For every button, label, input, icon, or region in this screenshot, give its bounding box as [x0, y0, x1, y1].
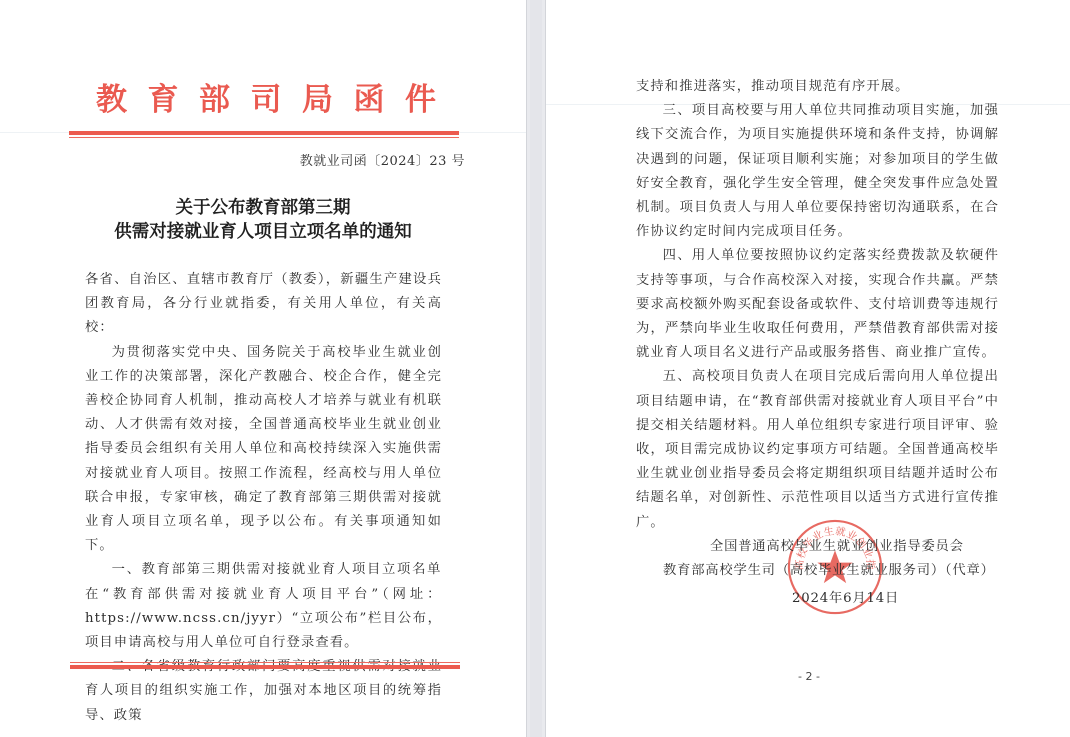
signatory-organization-2: 教育部高校学生司（高校毕业生就业服务司）（代章） — [663, 559, 995, 584]
salutation-paragraph: 各省、自治区、直辖市教育厅（教委），新疆生产建设兵团教育局，各分行业就指委，有关… — [85, 268, 442, 341]
document-number: 教就业司函〔2024〕23 号 — [300, 150, 465, 169]
letterhead-char: 部 — [199, 82, 230, 118]
item-3-paragraph: 三、项目高校要与用人单位共同推动项目实施，加强线下交流合作，为项目实施提供环境和… — [636, 99, 999, 244]
letterhead-char: 函 — [354, 82, 385, 118]
signature-date: 2024年6月14日 — [792, 587, 899, 612]
letterhead-red-rule — [69, 131, 459, 138]
document-body-right: 支持和推进落实，推动项目规范有序开展。 三、项目高校要与用人单位共同推动项目实施… — [636, 75, 999, 535]
document-title-line-2: 供需对接就业育人项目立项名单的通知 — [68, 220, 458, 244]
item-1-paragraph: 一、教育部第三期供需对接就业育人项目立项名单在“教育部供需对接就业育人项目平台”… — [85, 558, 442, 606]
letterhead-char: 件 — [405, 82, 436, 118]
letterhead-char: 教 — [96, 82, 127, 118]
document-title: 关于公布教育部第三期 供需对接就业育人项目立项名单的通知 — [68, 196, 458, 244]
page-gutter — [526, 0, 546, 737]
intro-paragraph: 为贯彻落实党中央、国务院关于高校毕业生就业创业工作的决策部署，深化产教融合、校企… — [85, 341, 442, 559]
item-2-continued-paragraph: 支持和推进落实，推动项目规范有序开展。 — [636, 75, 999, 99]
letterhead-title: 教 育 部 司 局 函 件 — [96, 82, 436, 118]
document-title-line-1: 关于公布教育部第三期 — [68, 196, 458, 220]
letterhead-char: 局 — [302, 82, 333, 118]
document-body-left: 各省、自治区、直辖市教育厅（教委），新疆生产建设兵团教育局，各分行业就指委，有关… — [85, 268, 442, 728]
item-5-paragraph: 五、高校项目负责人在项目完成后需向用人单位提出项目结题申请，在“教育部供需对接就… — [636, 365, 999, 534]
letterhead-char: 司 — [251, 82, 282, 118]
document-page-1: 教 育 部 司 局 函 件 教就业司函〔2024〕23 号 关于公布教育部第三期… — [0, 0, 526, 737]
signatory-organization-1: 全国普通高校毕业生就业创业指导委员会 — [710, 535, 964, 560]
item-4-paragraph: 四、用人单位要按照协议约定落实经费拨款及软硬件支持等事项，与合作高校深入对接，实… — [636, 244, 999, 365]
footer-red-rule — [70, 662, 460, 669]
letterhead-char: 育 — [148, 82, 179, 118]
item-1-continued-paragraph: https://www.ncss.cn/jyyr）“立项公布”栏目公布，项目申请… — [85, 607, 442, 655]
page-number: - 2 - — [798, 670, 820, 683]
